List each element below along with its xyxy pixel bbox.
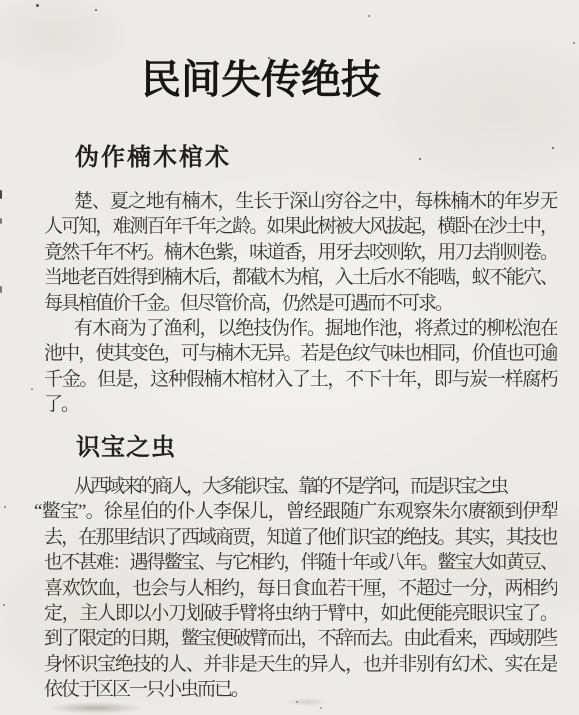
scan-speck — [31, 388, 33, 390]
scan-speck — [36, 4, 39, 7]
scan-edge-mark — [0, 218, 2, 224]
section-heading-treasure-bug: 识宝之虫 — [76, 434, 176, 462]
text-line: 了。 — [44, 392, 557, 417]
text-line: 定，主人即以小刀划破手臂将虫纳于臂中，如此便能亮眼识宝了。 — [44, 601, 557, 626]
text-line: 楚、夏之地有楠木，生长于深山穷谷之中，每株楠木的年岁无 — [44, 189, 557, 214]
scan-speck — [552, 147, 554, 149]
text-line: 身怀识宝绝技的人、并非是天生的异人，也并非别有幻术、实在是 — [44, 652, 557, 677]
scan-edge-mark — [0, 190, 2, 199]
section-body-treasure-bug: 从西域来的商人，大多能识宝、靠的不是学问，而是识宝之虫“鳖宝”。徐星伯的仆人李保… — [44, 474, 557, 703]
text-line: 喜欢饮血，也会与人相约，每日食血若干厘，不超过一分，两相约 — [44, 576, 557, 601]
scan-smudge — [48, 702, 143, 714]
text-line: 竟然千年不朽。楠木色紫，味道香，用牙去咬则软，用刀去削则卷。 — [44, 240, 557, 265]
text-line: 有木商为了渔利，以绝技伪作。掘地作池，将煮过的柳松泡在 — [44, 316, 557, 341]
scan-speck — [95, 9, 97, 11]
scan-speck — [220, 694, 222, 696]
text-line: 当地老百姓得到楠木后，都截木为棺，入土后水不能啮，蚁不能穴、 — [44, 265, 557, 290]
text-line: 也不甚难：遇得鳖宝、与它相约，伴随十年或八年。鳖宝大如黄豆、 — [44, 550, 557, 575]
scan-smudge — [285, 698, 330, 706]
text-line: 每具棺值价千金。但尽管价高，仍然是可遇而不可求。 — [44, 291, 557, 316]
text-line: “鳖宝”。徐星伯的仆人李保儿，曾经跟随广东观察朱尔赓额到伊犁 — [34, 499, 557, 524]
text-line: 池中，使其变色，可与楠木无异。若是色纹气味也相同，价值也可逾 — [44, 341, 557, 366]
scanned-book-page: 民间失传绝技 伪作楠木棺术 楚、夏之地有楠木，生长于深山穷谷之中，每株楠木的年岁… — [0, 0, 579, 715]
text-line: 千金。但是，这种假楠木棺材入了土，不下十年，即与炭一样腐朽 — [44, 367, 557, 392]
scan-speck — [320, 707, 322, 709]
scan-speck — [3, 604, 5, 606]
section-heading-fake-nanmu-coffin: 伪作楠木棺术 — [75, 144, 231, 172]
scan-speck — [573, 42, 575, 44]
scan-speck — [4, 506, 6, 508]
section-body-fake-nanmu-coffin: 楚、夏之地有楠木，生长于深山穷谷之中，每株楠木的年岁无人可知，难测百年千年之龄。… — [44, 189, 557, 418]
scan-speck — [368, 15, 370, 17]
text-line: 人可知，难测百年千年之龄。如果此树被大风拔起，横卧在沙土中， — [44, 214, 557, 239]
page-title: 民间失传绝技 — [141, 56, 381, 104]
scan-speck — [419, 158, 421, 160]
text-line: 去，在那里结识了西域商贾，知道了他们识宝的绝技。其实，其技也 — [44, 525, 557, 550]
scan-edge-mark — [0, 286, 2, 293]
text-line: 到了限定的日期，鳖宝便破臂而出，不辞而去。由此看来，西域那些 — [44, 626, 557, 651]
scan-speck — [268, 57, 270, 59]
text-line: 从西域来的商人，大多能识宝、靠的不是学问，而是识宝之虫 — [44, 474, 557, 499]
